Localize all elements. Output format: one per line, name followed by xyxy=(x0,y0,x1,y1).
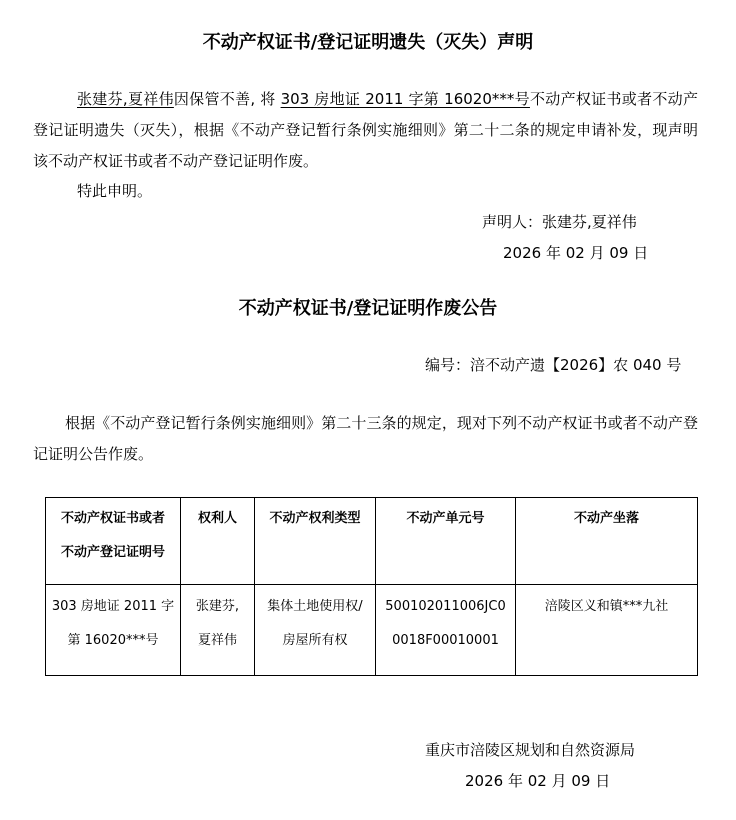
declaration-owners: 张建芬,夏祥伟 xyxy=(77,90,174,108)
header-certificate-number: 不动产权证书或者 不动产登记证明号 xyxy=(46,498,181,585)
cell-location: 涪陵区义和镇***九社 xyxy=(516,585,698,676)
declarant: 声明人：张建芬,夏祥伟 xyxy=(482,211,637,232)
notice-body: 根据《不动产登记暂行条例实施细则》第二十三条的规定，现对下列不动产权证书或者不动… xyxy=(33,408,698,470)
table-header-row: 不动产权证书或者 不动产登记证明号 权利人 不动产权利类型 不动产单元号 不动产… xyxy=(46,498,698,585)
header-right-holder: 权利人 xyxy=(181,498,255,585)
declaration-paragraph: 张建芬,夏祥伟因保管不善, 将 303 房地证 2011 字第 16020***… xyxy=(33,84,698,177)
header-location: 不动产坐落 xyxy=(516,498,698,585)
cell-right-type: 集体土地使用权/ 房屋所有权 xyxy=(255,585,376,676)
notice-title: 不动产权证书/登记证明作废公告 xyxy=(0,294,736,320)
declaration-certificate-number: 303 房地证 2011 字第 16020***号 xyxy=(281,90,530,108)
declaration-text-1: 因保管不善, 将 xyxy=(174,90,281,108)
table-row: 303 房地证 2011 字 第 16020***号 张建芬, 夏祥伟 集体土地… xyxy=(46,585,698,676)
notice-date: 2026 年 02 月 09 日 xyxy=(465,770,610,791)
declaration-closing: 特此申明。 xyxy=(77,180,152,201)
issuer: 重庆市涪陵区规划和自然资源局 xyxy=(425,739,635,760)
declaration-title: 不动产权证书/登记证明遗失（灭失）声明 xyxy=(0,28,736,54)
cell-certificate-number: 303 房地证 2011 字 第 16020***号 xyxy=(46,585,181,676)
declaration-date: 2026 年 02 月 09 日 xyxy=(503,242,648,263)
cell-right-holder: 张建芬, 夏祥伟 xyxy=(181,585,255,676)
header-unit-number: 不动产单元号 xyxy=(376,498,516,585)
cell-unit-number: 500102011006JC0 0018F00010001 xyxy=(376,585,516,676)
void-certificates-table: 不动产权证书或者 不动产登记证明号 权利人 不动产权利类型 不动产单元号 不动产… xyxy=(45,497,698,676)
header-right-type: 不动产权利类型 xyxy=(255,498,376,585)
notice-number: 编号：涪不动产遗【2026】农 040 号 xyxy=(425,354,681,375)
